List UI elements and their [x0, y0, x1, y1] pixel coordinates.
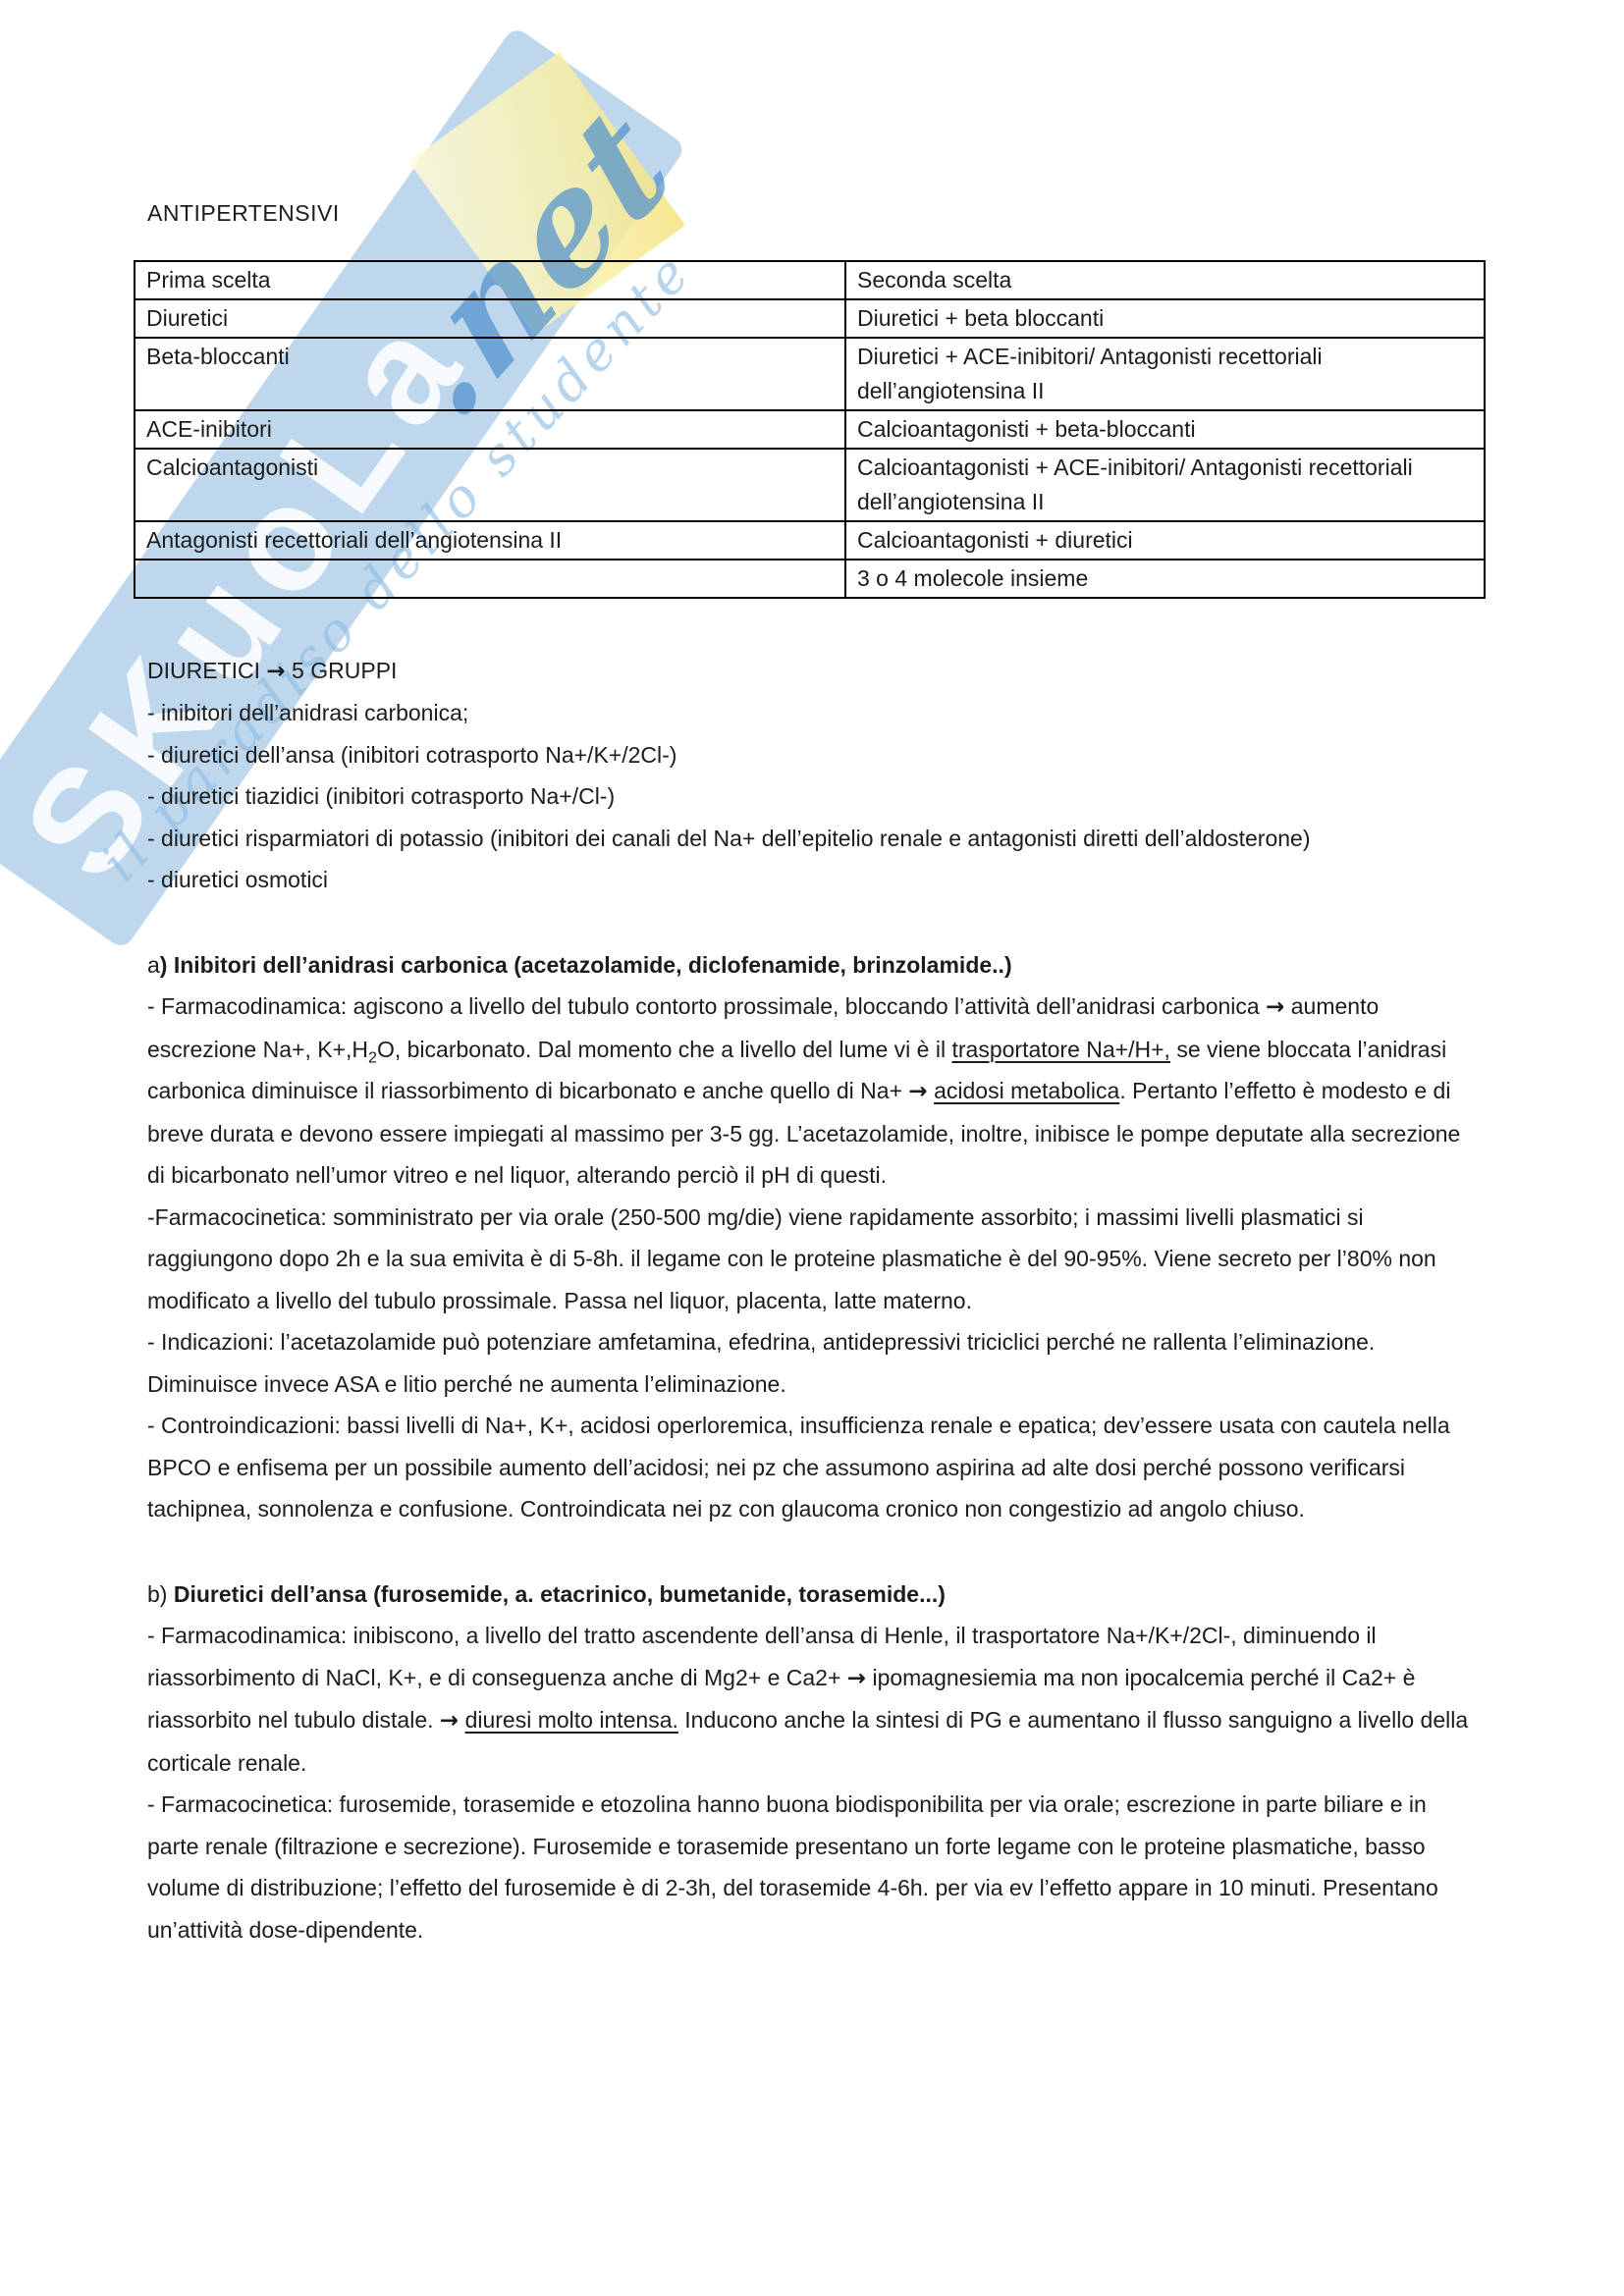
table-cell: 3 o 4 molecole insieme [845, 560, 1485, 598]
first-vs-second-choice-table: Prima sceltaSeconda sceltaDiureticiDiure… [134, 260, 1486, 599]
paragraph-farmacodinamica: - Farmacodinamica: agiscono a livello de… [147, 986, 1475, 1197]
right-arrow-icon: → [440, 1708, 459, 1734]
table-row: Prima sceltaSeconda scelta [135, 261, 1485, 299]
table-cell: Seconda scelta [845, 261, 1485, 299]
list-item: - diuretici risparmiatori di potassio (i… [147, 818, 1475, 860]
diuretici-groups-header: DIURETICI → 5 GRUPPI [147, 650, 1475, 693]
table-cell: Prima scelta [135, 261, 845, 299]
table-cell: Calcioantagonisti + beta-bloccanti [845, 410, 1485, 449]
list-item: - diuretici osmotici [147, 859, 1475, 901]
section-a-carbonic-anhydrase-inhibitors: a) Inibitori dell’anidrasi carbonica (ac… [147, 944, 1475, 1530]
document-page: SKuoLa .net il paradiso dello studente A… [0, 0, 1624, 2296]
table-cell: ACE-inibitori [135, 410, 845, 449]
right-arrow-icon: → [908, 1079, 927, 1104]
table-cell: Antagonisti recettoriali dell’angiotensi… [135, 521, 845, 560]
table-cell: Beta-bloccanti [135, 338, 845, 410]
section-b-loop-diuretics: b) Diuretici dell’ansa (furosemide, a. e… [147, 1574, 1475, 1951]
section-a-heading: a) Inibitori dell’anidrasi carbonica (ac… [147, 944, 1475, 987]
paragraph-controindicazioni: - Controindicazioni: bassi livelli di Na… [147, 1405, 1475, 1530]
page-title: ANTIPERTENSIVI [147, 192, 1475, 235]
list-item: - diuretici dell’ansa (inibitori cotrasp… [147, 734, 1475, 776]
right-arrow-icon: → [1266, 994, 1284, 1020]
table-cell: Diuretici + beta bloccanti [845, 299, 1485, 338]
table-cell: Calcioantagonisti + ACE-inibitori/ Antag… [845, 449, 1485, 521]
right-arrow-icon: → [847, 1666, 866, 1691]
document-content: ANTIPERTENSIVI Prima sceltaSeconda scelt… [147, 192, 1475, 1950]
table-row: DiureticiDiuretici + beta bloccanti [135, 299, 1485, 338]
list-item: - inibitori dell’anidrasi carbonica; [147, 692, 1475, 734]
table-cell: Diuretici + ACE-inibitori/ Antagonisti r… [845, 338, 1485, 410]
section-diuretici-groups: DIURETICI → 5 GRUPPI - inibitori dell’an… [147, 650, 1475, 901]
paragraph-indicazioni: - Indicazioni: l’acetazolamide può poten… [147, 1321, 1475, 1405]
paragraph-farmacocinetica: -Farmacocinetica: somministrato per via … [147, 1197, 1475, 1322]
table-row: Antagonisti recettoriali dell’angiotensi… [135, 521, 1485, 560]
section-b-heading: b) Diuretici dell’ansa (furosemide, a. e… [147, 1574, 1475, 1616]
table-cell: Diuretici [135, 299, 845, 338]
paragraph-farmacodinamica: - Farmacodinamica: inibiscono, a livello… [147, 1615, 1475, 1784]
paragraph-farmacocinetica: - Farmacocinetica: furosemide, torasemid… [147, 1784, 1475, 1950]
table-row: ACE-inibitoriCalcioantagonisti + beta-bl… [135, 410, 1485, 449]
table-row: CalcioantagonistiCalcioantagonisti + ACE… [135, 449, 1485, 521]
list-item: - diuretici tiazidici (inibitori cotrasp… [147, 775, 1475, 818]
table-row: Beta-bloccantiDiuretici + ACE-inibitori/… [135, 338, 1485, 410]
table-cell: Calcioantagonisti + diuretici [845, 521, 1485, 560]
table-cell [135, 560, 845, 598]
right-arrow-icon: → [266, 659, 285, 684]
table-row: 3 o 4 molecole insieme [135, 560, 1485, 598]
table-cell: Calcioantagonisti [135, 449, 845, 521]
